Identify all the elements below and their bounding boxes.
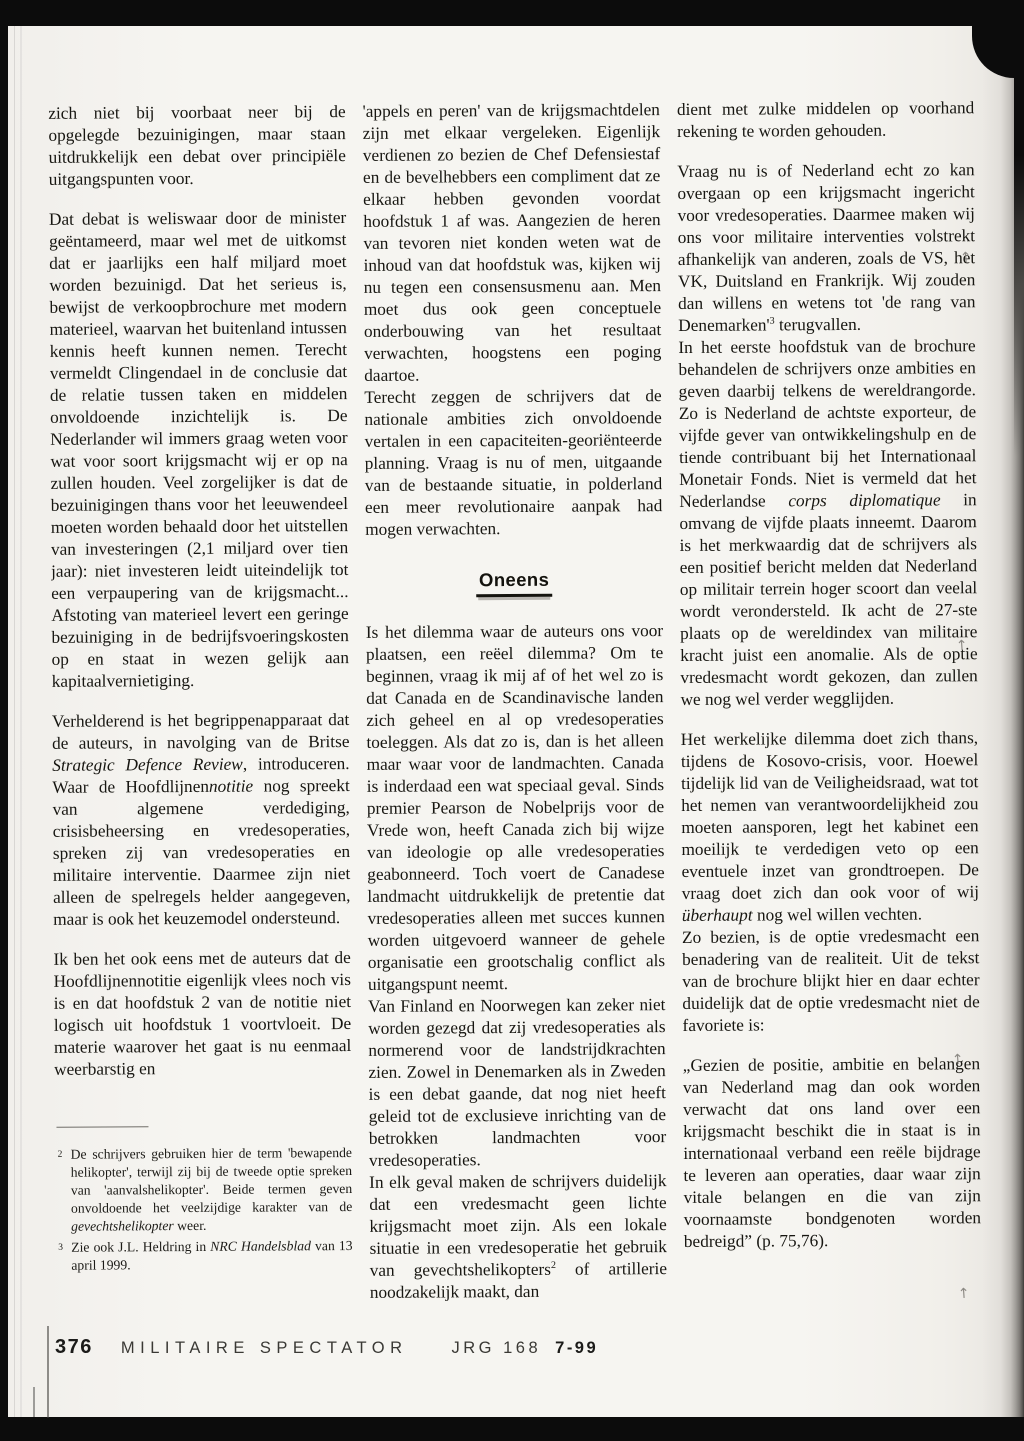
section-heading-wrap: Oneens <box>365 569 662 598</box>
italic-text: gevechtshelikopter <box>71 1218 174 1234</box>
body-paragraph: dient met zulke middelen op voorhand rek… <box>677 97 975 143</box>
text-run: 'appels en peren' van de krijgsmachtdele… <box>363 100 662 385</box>
text-run: Zo bezien, is de optie vredesmacht een b… <box>682 926 980 1035</box>
footnote-separator <box>56 1126 148 1128</box>
footnote-marker: 2 <box>58 1146 63 1164</box>
italic-text: notitie <box>209 777 253 796</box>
text-run: „Gezien de positie, ambitie en belangen … <box>683 1054 981 1251</box>
scan-artifact-arrow: ↑ <box>956 638 969 655</box>
italic-text: Strategic Defence Review <box>52 755 243 775</box>
text-run: Ik ben het ook eens met de auteurs dat d… <box>53 948 351 1079</box>
footnote: 3Zie ook J.L. Heldring in NRC Handelsbla… <box>55 1237 353 1275</box>
page-edge-line <box>47 1326 49 1418</box>
body-paragraph: Zo bezien, is de optie vredesmacht een b… <box>682 925 980 1037</box>
text-run: Verhelderend is het begrippenapparaat da… <box>52 710 350 753</box>
page-curl-dark-edge <box>1014 26 1024 456</box>
text-run: nog wel willen vechten. <box>753 905 923 925</box>
text-run: Is het dilemma waar de auteurs ons voor … <box>366 621 665 994</box>
scan-artifact-arrow: ↑ <box>952 1052 965 1069</box>
scan-border-left <box>0 0 8 1441</box>
body-paragraph: In elk geval maken de schrijvers duideli… <box>369 1170 667 1304</box>
scan-artifact-arrow: ↑ <box>960 250 973 267</box>
body-paragraph: Van Finland en Noorwegen kan zeker niet … <box>368 994 666 1172</box>
body-paragraph: Vraag nu is of Nederland echt zo kan ove… <box>677 159 975 337</box>
section-heading: Oneens <box>476 570 552 598</box>
text-run: In het eerste hoofdstuk van de brochure … <box>678 336 976 511</box>
italic-text: überhaupt <box>682 906 753 925</box>
scan-border-bottom <box>0 1417 1024 1441</box>
italic-text: corps diplomatique <box>788 490 940 510</box>
body-paragraph: zich niet bij voorbaat neer bij de opgel… <box>48 101 346 191</box>
issue-number: 7-99 <box>555 1339 598 1358</box>
text-run: zich niet bij voorbaat neer bij de opgel… <box>48 102 346 189</box>
footnote-marker: 3 <box>58 1239 63 1257</box>
text-run: dient met zulke middelen op voorhand rek… <box>677 98 974 141</box>
column-left: zich niet bij voorbaat neer bij de opgel… <box>48 101 353 1343</box>
page-footer: 376 MILITAIRE SPECTATOR JRG 168 7-99 <box>55 1336 955 1359</box>
column-middle: 'appels en peren' van de krijgsmachtdele… <box>363 99 668 1341</box>
body-paragraph: Is het dilemma waar de auteurs ons voor … <box>366 620 666 996</box>
footnote: 2De schrijvers gebruiken hier de term 'b… <box>55 1144 353 1236</box>
page-crease-line <box>20 26 22 1417</box>
page-number: 376 <box>55 1336 93 1359</box>
scan-border-top <box>0 0 1024 26</box>
italic-text: NRC Handelsblad <box>210 1238 311 1254</box>
text-run: Dat debat is weliswaar door de minister … <box>49 208 349 691</box>
article-text-columns: zich niet bij voorbaat neer bij de opgel… <box>48 97 982 1343</box>
text-run: nog spreekt van algemene verdediging, cr… <box>52 776 350 929</box>
text-run: terugvallen. <box>775 315 861 335</box>
page-edge-line <box>33 1387 35 1417</box>
body-paragraph: Dat debat is weliswaar door de minister … <box>49 207 349 693</box>
body-paragraph: Verhelderend is het begrippenapparaat da… <box>52 709 351 931</box>
text-run: Van Finland en Noorwegen kan zeker niet … <box>368 995 666 1170</box>
body-paragraph: Terecht zeggen de schrijvers dat de nati… <box>364 385 662 541</box>
text-run: Zie ook J.L. Heldring in <box>71 1239 210 1255</box>
text-run: weer. <box>174 1218 207 1233</box>
body-paragraph: Het werkelijke dilemma doet zich thans, … <box>681 727 980 927</box>
text-run: in omvang de vijfde plaats inneemt. Daar… <box>679 490 977 709</box>
body-paragraph: In het eerste hoofdstuk van de brochure … <box>678 335 978 711</box>
body-paragraph: Ik ben het ook eens met de auteurs dat d… <box>53 947 351 1081</box>
text-run: De schrijvers gebruiken hier de term 'be… <box>71 1145 353 1216</box>
issue-volume: JRG 168 <box>452 1339 542 1358</box>
text-run: Terecht zeggen de schrijvers dat de nati… <box>364 386 662 539</box>
scan-artifact-arrow: ↑ <box>958 1286 971 1303</box>
journal-title: MILITAIRE SPECTATOR <box>121 1339 408 1358</box>
text-run: Het werkelijke dilemma doet zich thans, … <box>681 728 979 903</box>
page-crease-line <box>14 26 15 1417</box>
text-run: Vraag nu is of Nederland echt zo kan ove… <box>677 160 975 335</box>
body-paragraph: „Gezien de positie, ambitie en belangen … <box>683 1053 982 1253</box>
column-right: dient met zulke middelen op voorhand rek… <box>677 97 982 1339</box>
body-paragraph: 'appels en peren' van de krijgsmachtdele… <box>363 99 662 387</box>
